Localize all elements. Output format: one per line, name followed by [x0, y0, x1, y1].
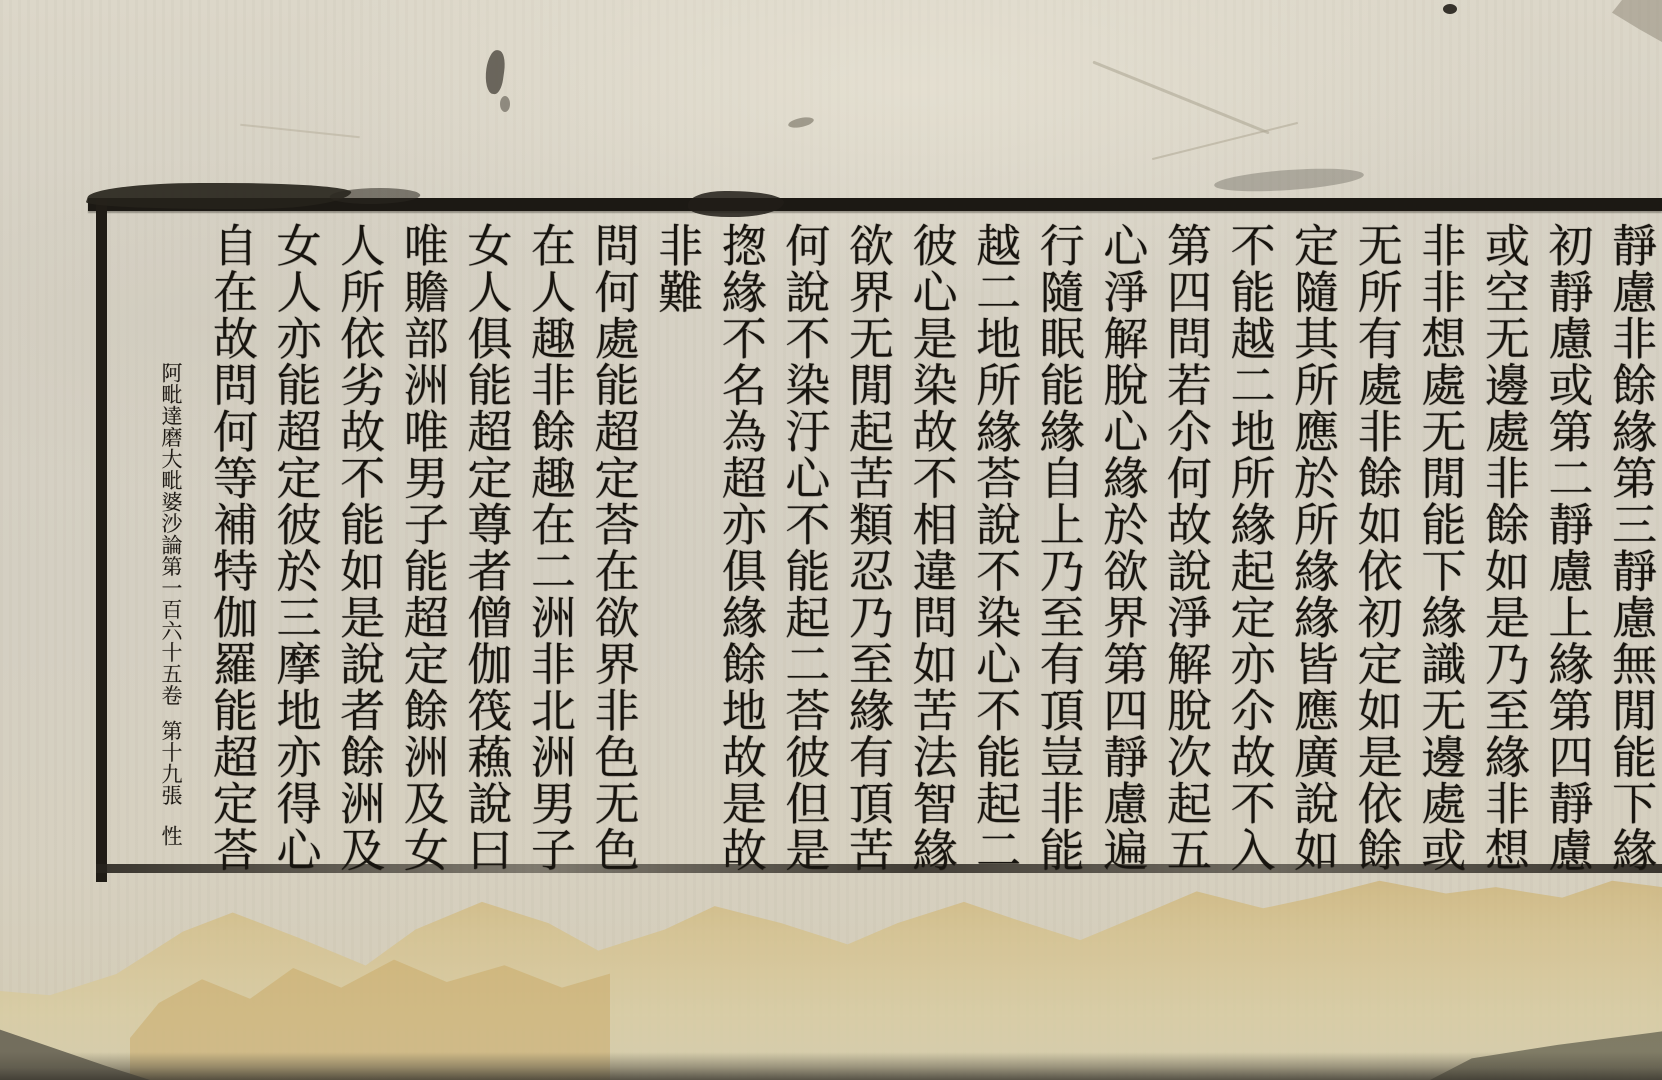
paper-mark	[787, 115, 814, 129]
text-column-4: 非非想處无閒能下緣識无邊處或	[1408, 222, 1472, 874]
text-column-3: 或空无邊處非餘如是乃至緣非想	[1471, 222, 1535, 874]
ink-dot	[1443, 4, 1457, 14]
corner-stain	[1612, 0, 1662, 42]
text-column-6: 定隨其所應於所緣緣皆應廣說如	[1280, 222, 1344, 874]
text-column-15: 揔緣不名為超亦俱緣餘地故是故	[708, 222, 772, 874]
text-column-22: 女人亦能超定彼於三摩地亦得心	[263, 222, 327, 874]
text-column-12: 彼心是染故不相違問如苦法智緣	[899, 222, 963, 874]
case-mark: 性	[159, 825, 183, 847]
text-column-13: 欲界无閒起苦類忍乃至緣有頂苦	[835, 222, 899, 874]
sutra-text-block: 靜慮非餘緣第三靜慮無閒能下緣 初靜慮或第二靜慮上緣第四靜慮 或空无邊處非餘如是乃…	[195, 222, 1662, 874]
text-column-14: 何說不染汙心不能起二荅彼但是	[772, 222, 836, 874]
sheet-number: 第十九張	[159, 720, 183, 806]
text-column-7: 不能越二地所緣起定亦尒故不入	[1217, 222, 1281, 874]
paper-crease	[1152, 122, 1298, 160]
text-column-21: 人所依劣故不能如是說者餘洲及	[327, 222, 391, 874]
text-column-16: 非難	[645, 222, 709, 874]
paper-crease	[240, 124, 360, 139]
ink-smudge	[483, 49, 507, 95]
frame-left-border	[96, 198, 107, 882]
text-column-1: 靜慮非餘緣第三靜慮無閒能下緣	[1598, 222, 1662, 874]
text-column-2: 初靜慮或第二靜慮上緣第四靜慮	[1535, 222, 1599, 874]
volume-sheet-column: 阿毗達磨大毗婆沙論第一百六十五卷 第十九張 性	[150, 362, 192, 867]
text-column-10: 行隨眠能緣自上乃至有頂豈非能	[1026, 222, 1090, 874]
page-bottom-edge	[0, 1052, 1662, 1080]
text-column-20: 唯贍部洲唯男子能超定餘洲及女	[390, 222, 454, 874]
brush-smear	[688, 191, 784, 217]
text-column-8: 第四問若尒何故說淨解脫次起五	[1153, 222, 1217, 874]
brush-smear	[1213, 165, 1364, 195]
text-column-5: 无所有處非餘如依初定如是依餘	[1344, 222, 1408, 874]
scanned-sutra-page: 靜慮非餘緣第三靜慮無閒能下緣 初靜慮或第二靜慮上緣第四靜慮 或空无邊處非餘如是乃…	[0, 0, 1662, 1080]
text-column-18: 在人趣非餘趣在二洲非北洲男子	[517, 222, 581, 874]
paper-crease	[1092, 61, 1269, 135]
ink-smudge	[500, 96, 510, 112]
text-column-17: 問何處能超定荅在欲界非色无色	[581, 222, 645, 874]
text-column-23: 自在故問何等補特伽羅能超定荅	[199, 222, 263, 874]
volume-title: 阿毗達磨大毗婆沙論第一百六十五卷	[159, 362, 183, 706]
text-column-11: 越二地所緣荅說不染心不能起二	[962, 222, 1026, 874]
text-column-9: 心淨解脫心緣於欲界第四靜慮遍	[1090, 222, 1154, 874]
text-column-19: 女人俱能超定尊者僧伽筏蘓說曰	[454, 222, 518, 874]
